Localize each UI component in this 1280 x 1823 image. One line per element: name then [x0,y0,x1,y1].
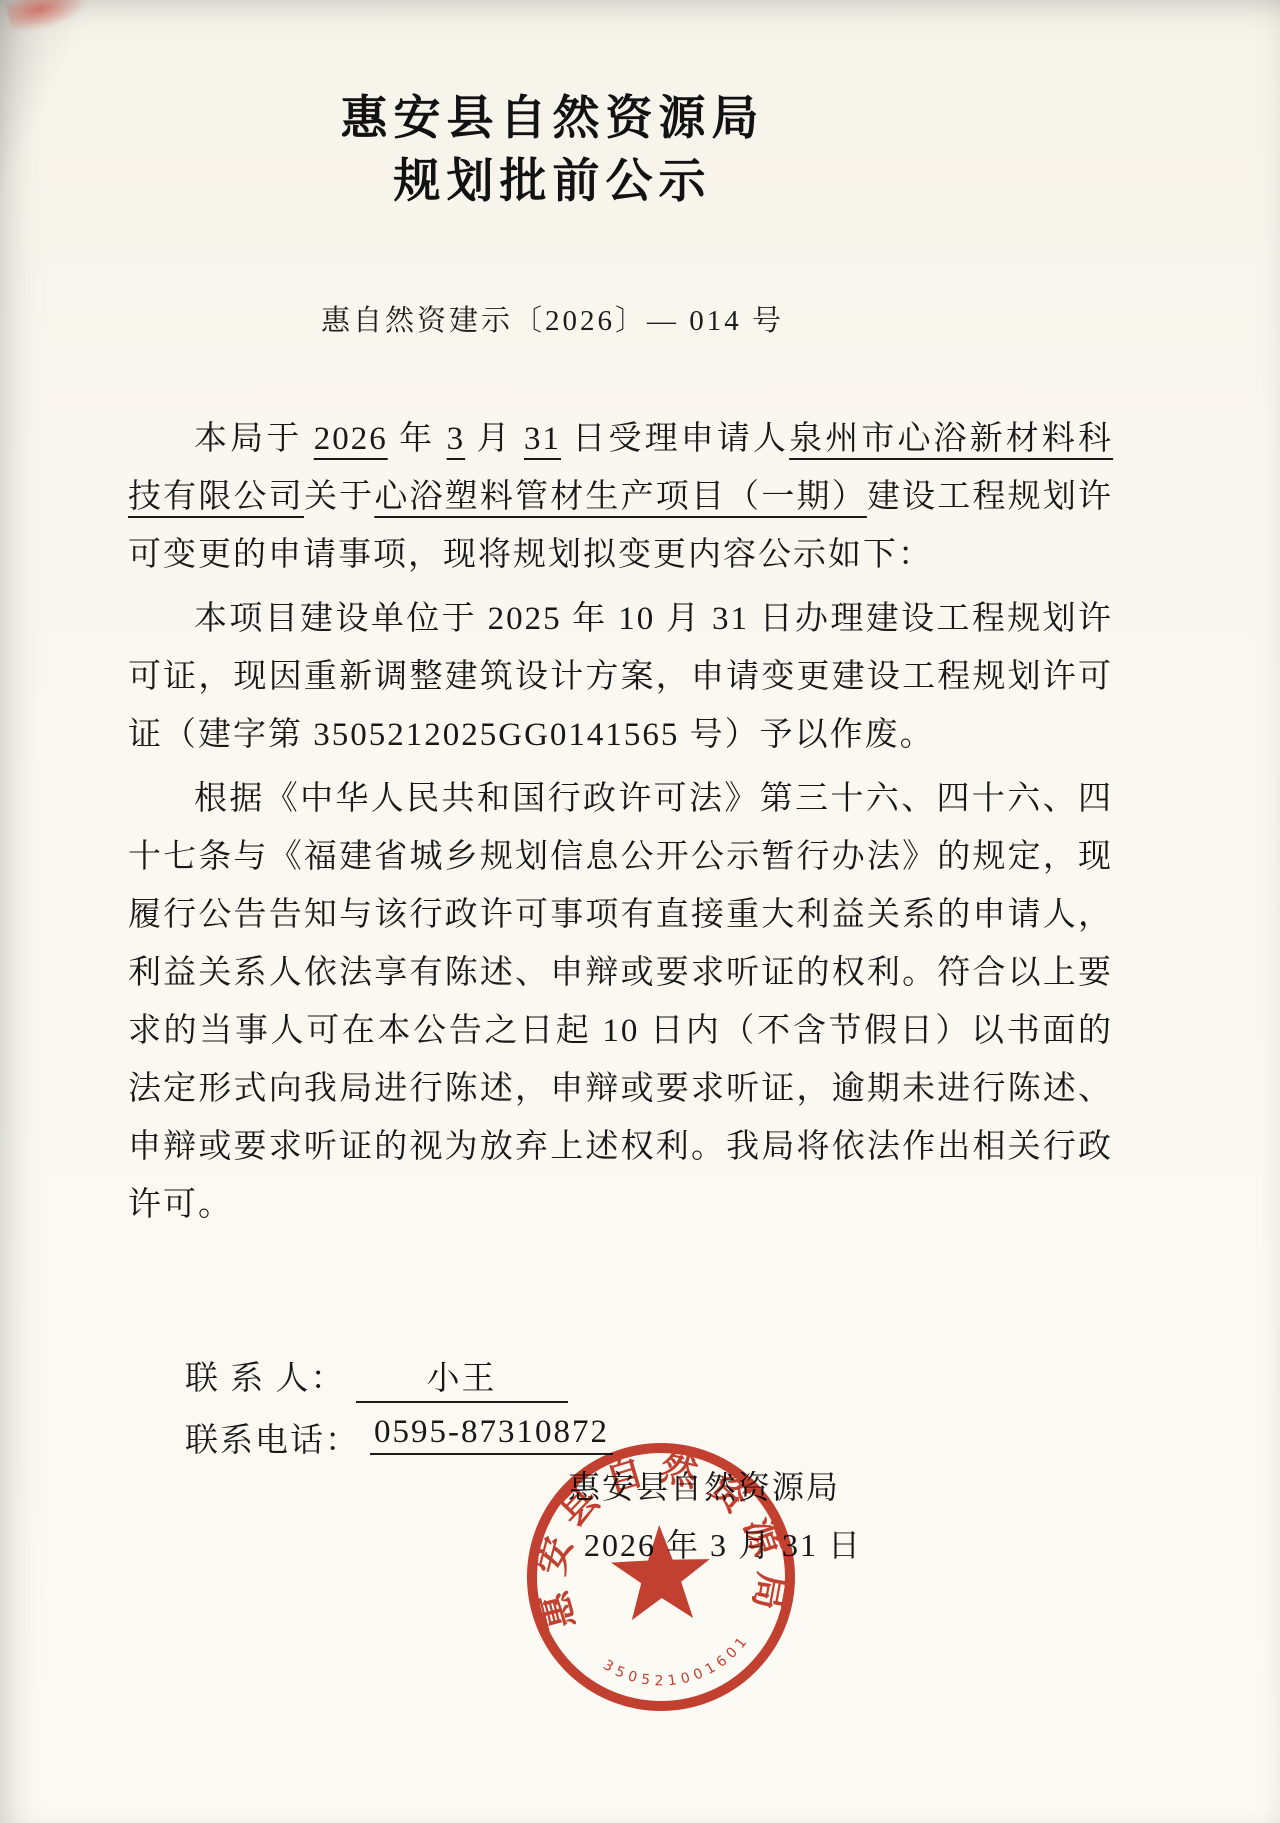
star-icon [610,1523,712,1620]
body-text-segment: 月 [465,421,524,457]
paragraph-acceptance: 本局于 2026 年 3 月 31 日受理申请人泉州市心浴新材料科技有限公司关于… [128,410,1113,584]
body-text-segment: 根据《中华人民共和国行政许可法》第三十六、四十六、四十七条与《福建省城乡规划信息… [128,781,1113,1223]
notice-document-page: 惠安县自然资源局 规划批前公示 惠自然资建示〔2026〕— 014 号 本局于 … [0,0,1280,1823]
contact-person-label: 联 系 人： [185,1352,346,1399]
body-text-segment: 日受理申请人 [561,421,789,457]
official-seal: 惠安县自然资源局 3505210016018 [510,1420,812,1735]
contact-phone-label: 联系电话： [185,1414,360,1461]
underlined-text: 2026 [314,421,388,457]
notice-body: 本局于 2026 年 3 月 31 日受理申请人泉州市心浴新材料科技有限公司关于… [128,410,1113,1240]
underlined-text: 心浴塑料管材生产项目（一期） [374,479,867,515]
page-title: 惠安县自然资源局 规划批前公示 [0,88,1105,214]
title-line-1: 惠安县自然资源局 [0,88,1105,151]
document-number: 惠自然资建示〔2026〕— 014 号 [0,298,1105,339]
contact-person-value: 小王 [356,1352,568,1403]
body-text-segment: 本项目建设单位于 2025 年 10 月 31 日办理建设工程规划许可证，现因重… [128,601,1113,753]
body-text-segment: 关于 [304,479,374,515]
paragraph-legal-basis: 根据《中华人民共和国行政许可法》第三十六、四十六、四十七条与《福建省城乡规划信息… [128,770,1113,1234]
red-scan-artifact [5,0,90,36]
underlined-text: 3 [447,421,466,457]
contact-person-row: 联 系 人： 小王 [185,1352,613,1414]
body-text-segment: 本局于 [194,421,314,457]
title-line-2: 规划批前公示 [0,151,1105,214]
underlined-text: 31 [524,421,561,457]
body-text-segment: 年 [388,421,447,457]
paragraph-change-detail: 本项目建设单位于 2025 年 10 月 31 日办理建设工程规划许可证，现因重… [128,590,1113,764]
